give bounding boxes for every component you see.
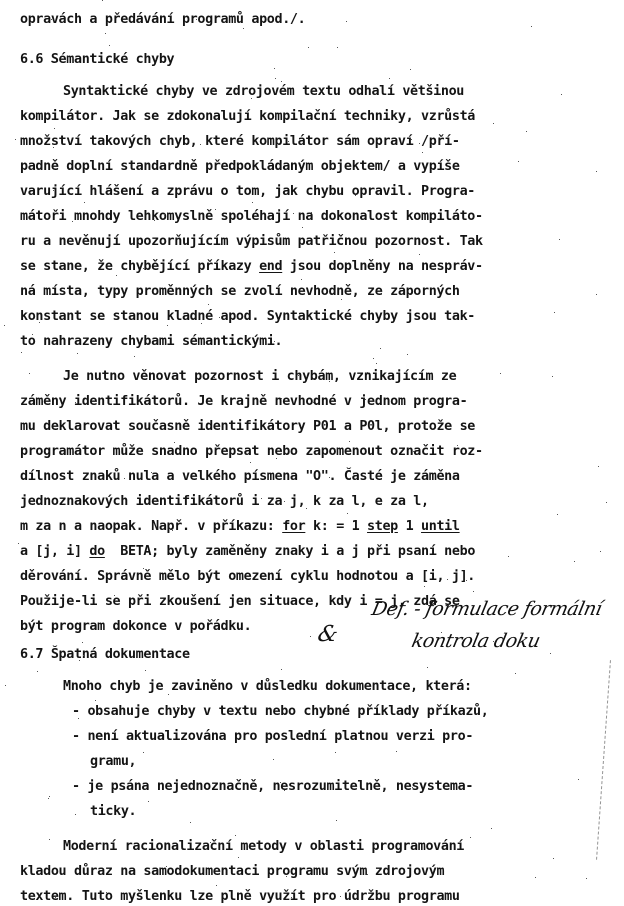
dash-bullet: - (72, 779, 80, 794)
handwritten-mark: & (315, 622, 339, 647)
paragraph-line: textem. Tuto myšlenku lze plně využít pr… (20, 890, 460, 903)
bullet-item: - není aktualizována pro poslední platno… (72, 730, 473, 743)
dash-bullet: - (72, 704, 80, 719)
paragraph-line: dílnost znaků nula a velkého písmena "O"… (20, 470, 460, 483)
bullet-continuation: ticky. (90, 805, 136, 818)
keyword-do: do (89, 544, 104, 559)
bullet-item: - obsahuje chyby v textu nebo chybné pří… (72, 705, 488, 718)
paragraph-line: Syntaktické chyby ve zdrojovém textu odh… (63, 85, 464, 98)
code-example-line: m za n a naopak. Např. v příkazu: for k:… (20, 520, 460, 533)
keyword-for: for (282, 519, 305, 534)
text-segment: m za n a naopak. Např. v příkazu: (20, 519, 282, 534)
bullet-continuation: gramu, (90, 755, 136, 768)
section-heading-6-6: 6.6 Sémantické chyby (20, 53, 174, 66)
paragraph-line: padně doplní standardně předpokládaným o… (20, 160, 460, 173)
paragraph-line: varující hlášení a zprávu o tom, jak chy… (20, 185, 475, 198)
handwritten-note-line-1: Def. - formulace formální (370, 598, 604, 620)
scanned-document-page: opravách a předávání programů apod./. 6.… (0, 0, 624, 906)
paragraph-line: kladou důraz na samodokumentaci programu… (20, 865, 444, 878)
text-segment: se stane, že chybějící příkazy (20, 259, 259, 274)
keyword-step: step (367, 519, 398, 534)
text-segment: k: = 1 (305, 519, 367, 534)
paragraph-line: Mnoho chyb je zaviněno v důsledku dokume… (63, 680, 472, 693)
paragraph-line: konstant se stanou kladné apod. Syntakti… (20, 310, 475, 323)
continuation-line: opravách a předávání programů apod./. (20, 13, 305, 26)
paragraph-line: jednoznakových identifikátorů i za j, k … (20, 495, 429, 508)
paragraph-line-with-keyword: se stane, že chybějící příkazy end jsou … (20, 260, 483, 273)
paragraph-line: ná místa, typy proměnných se zvolí nevho… (20, 285, 460, 298)
code-example-line: a [j, i] do BETA; byly zaměněny znaky i … (20, 545, 475, 558)
paragraph-line: Je nutno věnovat pozornost i chybám, vzn… (63, 370, 456, 383)
paragraph-line: Moderní racionalizační metody v oblasti … (63, 840, 464, 853)
section-heading-6-7: 6.7 Špatná dokumentace (20, 648, 190, 661)
dash-bullet: - (72, 729, 80, 744)
keyword-end: end (259, 259, 282, 274)
text-segment: 1 (398, 519, 421, 534)
paragraph-line: ru a nevěnují upozorňujícím výpisům patř… (20, 235, 483, 248)
text-segment: BETA; byly zaměněny znaky i a j při psan… (105, 544, 475, 559)
bullet-text: obsahuje chyby v textu nebo chybné příkl… (87, 704, 488, 719)
scan-edge-artifact (596, 660, 612, 860)
paragraph-line: kompilátor. Jak se zdokonalují kompilačn… (20, 110, 475, 123)
paragraph-line: množství takových chyb, které kompilátor… (20, 135, 460, 148)
text-segment: jsou doplněny na nespráv- (282, 259, 483, 274)
paragraph-line: záměny identifikátorů. Je krajně nevhodn… (20, 395, 467, 408)
paragraph-line: mu deklarovat současně identifikátory P0… (20, 420, 475, 433)
paragraph-line: mátoři mnohdy lehkomyslně spoléhají na d… (20, 210, 483, 223)
bullet-text: není aktualizována pro poslední platnou … (87, 729, 473, 744)
paragraph-line: být program dokonce v pořádku. (20, 620, 251, 633)
paragraph-line: to nahrazeny chybami sémantickými. (20, 335, 282, 348)
handwritten-note-line-2: kontrola doku (410, 630, 542, 652)
text-segment: a [j, i] (20, 544, 89, 559)
paragraph-line: děrování. Správně mělo být omezení cyklu… (20, 570, 475, 583)
keyword-until: until (421, 519, 460, 534)
